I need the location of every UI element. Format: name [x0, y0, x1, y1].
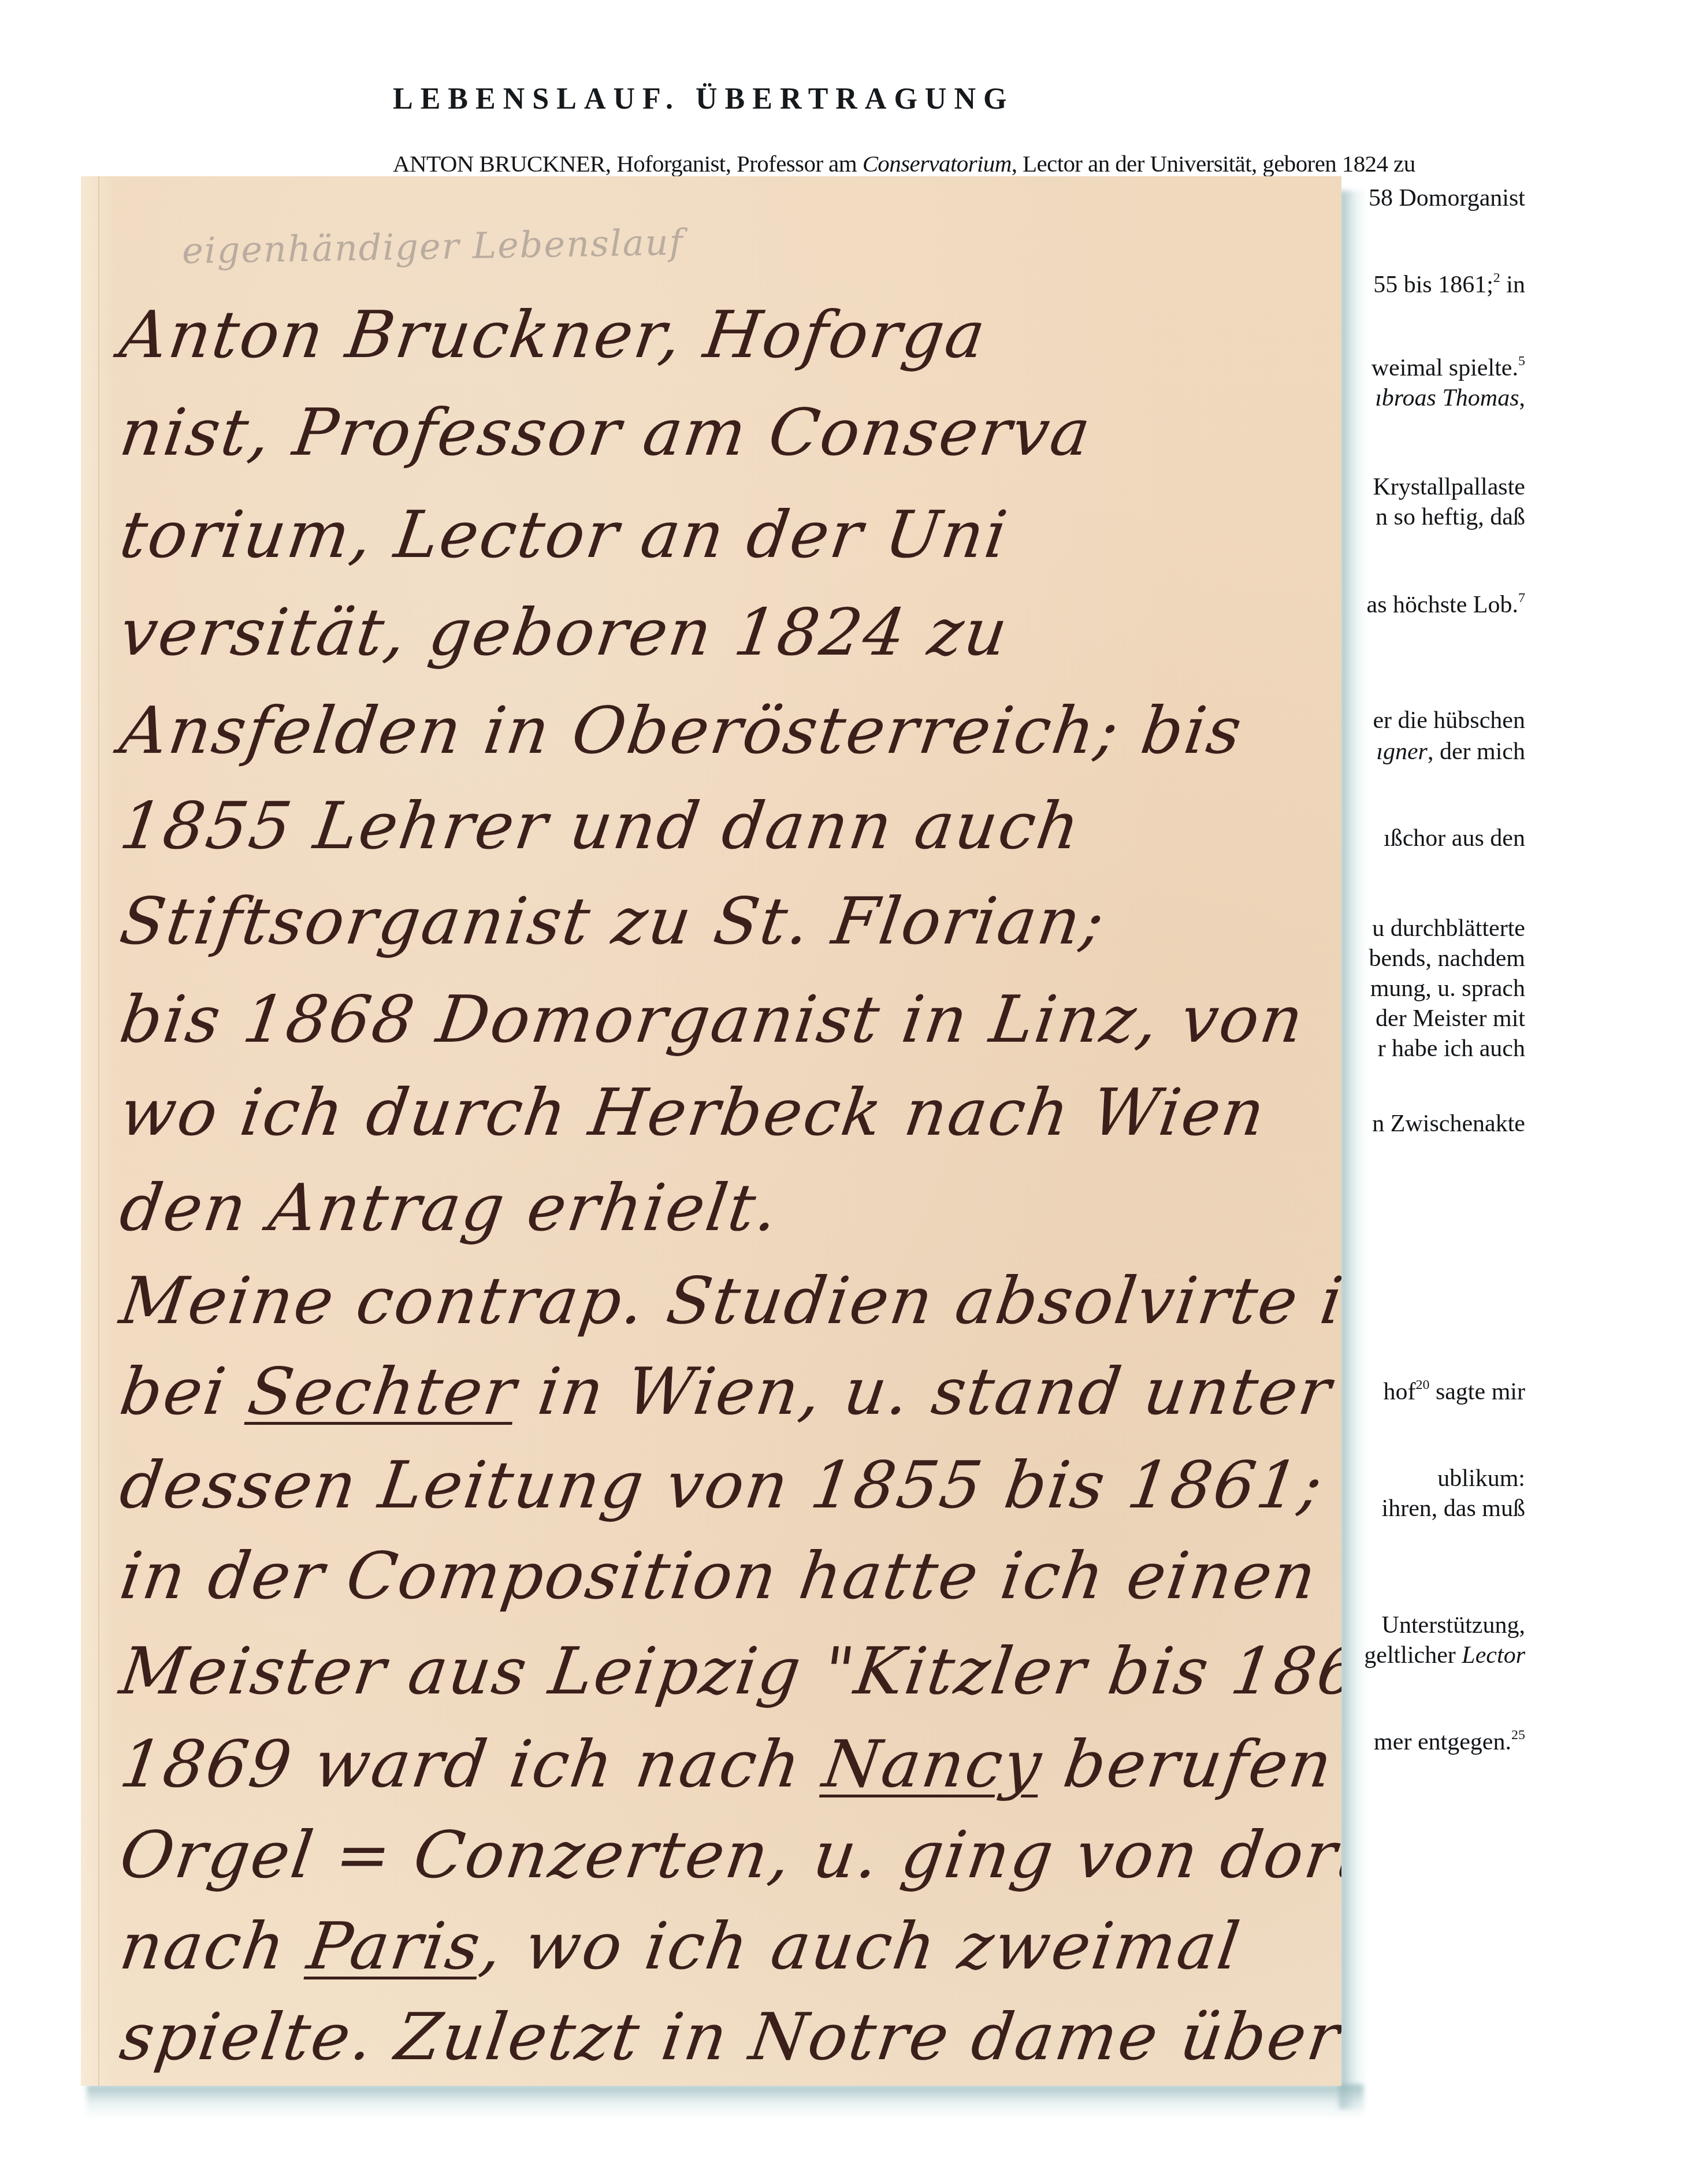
- handwritten-text: dessen Leitung von 1855 bis 1861;: [116, 1448, 1329, 1523]
- handwritten-text: Meine contrap. Studien absolvirte ich: [116, 1264, 1341, 1339]
- fragment-text: r habe ich auch: [1378, 1035, 1525, 1062]
- fragment-text: 58 Domorganist: [1369, 185, 1525, 211]
- transcription-fragment: 55 bis 1861;2 in: [1373, 270, 1525, 299]
- fragment-text: ,: [1519, 385, 1526, 411]
- transcription-line: ANTON BRUCKNER, Hoforganist, Professor a…: [393, 149, 1415, 178]
- handwritten-text: Stiftsorganist zu St. Florian;: [116, 884, 1110, 959]
- transcription-italic: Conservatorium: [863, 150, 1012, 177]
- manuscript-shadow: [87, 2085, 1363, 2119]
- transcription-fragment: er die hübschen: [1373, 706, 1525, 735]
- handwritten-text: Anton Bruckner, Hoforga: [116, 298, 991, 373]
- transcription-text: , Lector an der Universität, geboren 182…: [1012, 150, 1415, 177]
- handwritten-text: in Wien, u. stand unter: [511, 1354, 1337, 1429]
- transcription-fragment: weimal spielte.5: [1372, 354, 1525, 382]
- handwritten-text: nach: [116, 1909, 314, 1984]
- handwritten-text: wo ich durch Herbeck nach Wien: [116, 1075, 1271, 1150]
- handwritten-text: Meister aus Leipzig "Kitzler bis 1863.: [116, 1634, 1341, 1709]
- fragment-text: in: [1500, 272, 1525, 298]
- fragment-text: u durchblätterte: [1372, 915, 1525, 942]
- transcription-fragment: u durchblätterte: [1372, 914, 1525, 943]
- manuscript-facsimile: eigenhändiger Lebenslauf Anton Bruckner,…: [81, 176, 1341, 2086]
- fragment-text: Unterstützung,: [1382, 1612, 1525, 1639]
- footnote-marker: 25: [1511, 1728, 1525, 1743]
- fragment-text: bends, nachdem: [1369, 945, 1525, 972]
- handwritten-text: , wo ich auch zweimal: [475, 1909, 1246, 1984]
- handwritten-line: dessen Leitung von 1855 bis 1861;: [116, 1448, 1329, 1523]
- fragment-text: n so heftig, daß: [1376, 504, 1525, 530]
- italic-text: Lector: [1462, 1642, 1525, 1669]
- transcription-fragment: ihren, das muß: [1382, 1494, 1525, 1523]
- transcription-fragment: geltlicher Lector: [1364, 1641, 1525, 1670]
- fragment-text: , der mich: [1428, 738, 1525, 765]
- transcription-fragment: r habe ich auch: [1378, 1034, 1525, 1063]
- italic-text: ıgner: [1376, 738, 1428, 765]
- fragment-text: n Zwischenakte: [1372, 1110, 1525, 1137]
- transcription-fragment: mer entgegen.25: [1374, 1728, 1525, 1756]
- underlined-word: Paris: [303, 1909, 486, 1984]
- fragment-text: geltlicher: [1364, 1642, 1462, 1669]
- handwritten-line: spielte. Zuletzt in Notre dame über: [116, 2000, 1341, 2075]
- handwritten-text: Ansfelden in Oberösterreich; bis: [116, 693, 1247, 768]
- handwritten-line: 1855 Lehrer und dann auch: [116, 789, 1086, 864]
- handwritten-line: Meine contrap. Studien absolvirte ich: [116, 1264, 1341, 1339]
- transcription-fragment: hof20 sagte mir: [1383, 1377, 1525, 1406]
- fragment-text: er die hübschen: [1373, 707, 1525, 734]
- transcription-fragment: bends, nachdem: [1369, 944, 1525, 973]
- margin-line: [98, 176, 99, 2086]
- transcription-fragment: ublikum:: [1437, 1464, 1525, 1493]
- handwritten-text: den Antrag erhielt.: [116, 1171, 784, 1246]
- transcription-fragment: n Zwischenakte: [1372, 1109, 1525, 1138]
- handwritten-line: Stiftsorganist zu St. Florian;: [116, 884, 1110, 959]
- fragment-text: hof: [1383, 1379, 1415, 1405]
- handwritten-text: 1869 ward ich nach: [116, 1727, 829, 1802]
- italic-text: ıbroas Thomas: [1375, 385, 1519, 411]
- handwritten-text: berufen zu: [1037, 1727, 1341, 1802]
- handwritten-text: versität, geboren 1824 zu: [116, 595, 1013, 670]
- fragment-text: der Meister mit: [1376, 1005, 1525, 1032]
- handwritten-text: Orgel = Conzerten, u. ging von dort: [116, 1818, 1341, 1893]
- underlined-word: Nancy: [819, 1727, 1047, 1802]
- handwritten-line: torium, Lector an der Uni: [116, 497, 1013, 573]
- handwritten-line: nist, Professor am Conserva: [116, 395, 1097, 470]
- page-title: LEBENSLAUF. ÜBERTRAGUNG: [393, 82, 1014, 116]
- transcription-fragment: ıgner, der mich: [1376, 737, 1525, 766]
- fragment-text: ihren, das muß: [1382, 1495, 1525, 1522]
- fragment-text: mer entgegen.: [1374, 1729, 1511, 1755]
- underlined-word: Sechter: [243, 1354, 522, 1429]
- transcription-fragment: ıßchor aus den: [1384, 824, 1525, 853]
- transcription-fragment: mung, u. sprach: [1370, 974, 1525, 1003]
- transcription-fragment: der Meister mit: [1376, 1004, 1525, 1033]
- fragment-text: 55 bis 1861;: [1373, 272, 1493, 298]
- manuscript-shadow: [1339, 191, 1367, 2109]
- handwritten-text: bis 1868 Domorganist in Linz, von: [116, 982, 1309, 1057]
- handwritten-line: bei Sechter in Wien, u. stand unter: [116, 1354, 1337, 1429]
- footnote-marker: 7: [1518, 590, 1525, 606]
- handwritten-line: Anton Bruckner, Hoforga: [116, 298, 991, 373]
- transcription-fragment: n so heftig, daß: [1376, 503, 1525, 532]
- transcription-text: ANTON BRUCKNER, Hoforganist, Professor a…: [393, 150, 863, 177]
- footnote-marker: 5: [1518, 354, 1525, 369]
- fragment-text: mung, u. sprach: [1370, 975, 1525, 1002]
- transcription-fragment: ıbroas Thomas,: [1375, 384, 1525, 413]
- fragment-text: Krystallpallaste: [1373, 474, 1525, 500]
- handwritten-line: Meister aus Leipzig "Kitzler bis 1863.: [116, 1634, 1341, 1709]
- handwritten-line: in der Composition hatte ich einen: [116, 1539, 1322, 1614]
- fragment-text: ublikum:: [1437, 1465, 1525, 1492]
- transcription-fragment: 58 Domorganist: [1369, 184, 1525, 213]
- transcription-fragment: Krystallpallaste: [1373, 473, 1525, 502]
- transcription-fragment: Unterstützung,: [1382, 1611, 1525, 1640]
- handwritten-line: nach Paris, wo ich auch zweimal: [116, 1909, 1246, 1984]
- handwritten-text: spielte. Zuletzt in Notre dame über: [116, 2000, 1341, 2075]
- handwritten-text: nist, Professor am Conserva: [116, 395, 1097, 470]
- handwritten-line: 1869 ward ich nach Nancy berufen zu: [116, 1727, 1341, 1802]
- fragment-text: weimal spielte.: [1372, 355, 1518, 381]
- handwritten-text: 1855 Lehrer und dann auch: [116, 789, 1086, 864]
- handwritten-line: versität, geboren 1824 zu: [116, 595, 1013, 670]
- handwritten-line: bis 1868 Domorganist in Linz, von: [116, 982, 1309, 1057]
- pencil-annotation: eigenhändiger Lebenslauf: [181, 221, 684, 272]
- footnote-marker: 20: [1415, 1377, 1429, 1392]
- fragment-text: sagte mir: [1429, 1379, 1525, 1405]
- transcription-fragment: as höchste Lob.7: [1367, 590, 1525, 619]
- handwritten-line: Orgel = Conzerten, u. ging von dort: [116, 1818, 1341, 1893]
- handwritten-text: torium, Lector an der Uni: [116, 497, 1013, 573]
- handwritten-line: den Antrag erhielt.: [116, 1171, 784, 1246]
- handwritten-text: bei: [116, 1354, 254, 1429]
- handwritten-text: in der Composition hatte ich einen: [116, 1539, 1322, 1614]
- footnote-marker: 2: [1493, 270, 1500, 285]
- handwritten-line: wo ich durch Herbeck nach Wien: [116, 1075, 1271, 1150]
- fragment-text: ıßchor aus den: [1384, 825, 1525, 852]
- fragment-text: as höchste Lob.: [1367, 592, 1518, 618]
- handwritten-line: Ansfelden in Oberösterreich; bis: [116, 693, 1247, 768]
